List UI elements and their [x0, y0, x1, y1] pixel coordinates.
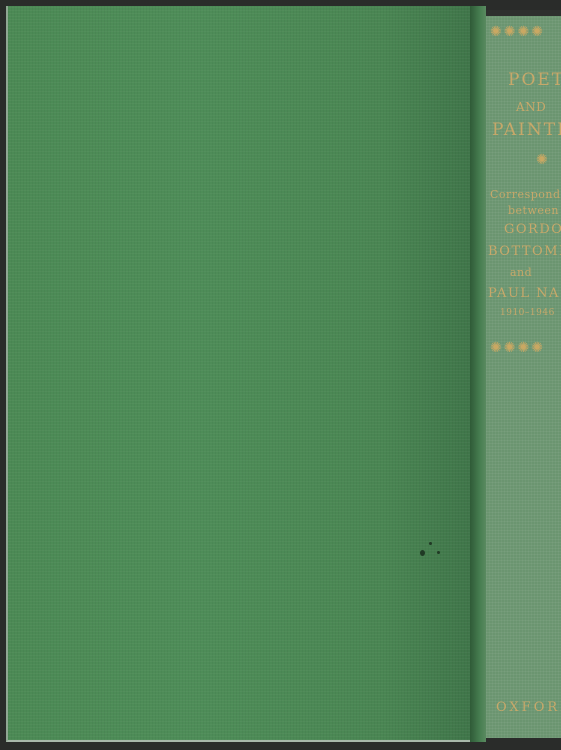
spine-title-line1: POETRY — [508, 70, 561, 90]
spine-author1-line2: BOTTOMLEY — [488, 244, 561, 259]
book-front-cover — [6, 6, 476, 742]
spine-conjunction: and — [510, 266, 532, 279]
spine-author2: PAUL NASH — [488, 286, 561, 301]
spine-publisher: OXFORD — [496, 700, 561, 715]
cover-stain — [437, 551, 440, 554]
book-spine: ✺✺✺✺ POETRY AND PAINTING ✺ Correspondenc… — [486, 10, 561, 738]
spine-title-line3: PAINTING — [492, 120, 561, 140]
spine-years: 1910–1946 — [500, 308, 555, 318]
spine-subtitle-line2: between — [508, 204, 559, 217]
spine-subtitle-line1: Correspondence — [490, 188, 561, 201]
ornament-icon: ✺ — [536, 152, 548, 168]
cover-stain — [420, 550, 425, 556]
spine-author1-line1: GORDON — [504, 222, 561, 237]
book-hinge — [470, 6, 486, 742]
spine-title-line2: AND — [516, 100, 546, 114]
ornament-icon: ✺✺✺✺ — [490, 340, 545, 356]
cover-stain — [429, 542, 432, 545]
spine-headcap — [486, 10, 561, 16]
ornament-icon: ✺✺✺✺ — [490, 24, 545, 40]
